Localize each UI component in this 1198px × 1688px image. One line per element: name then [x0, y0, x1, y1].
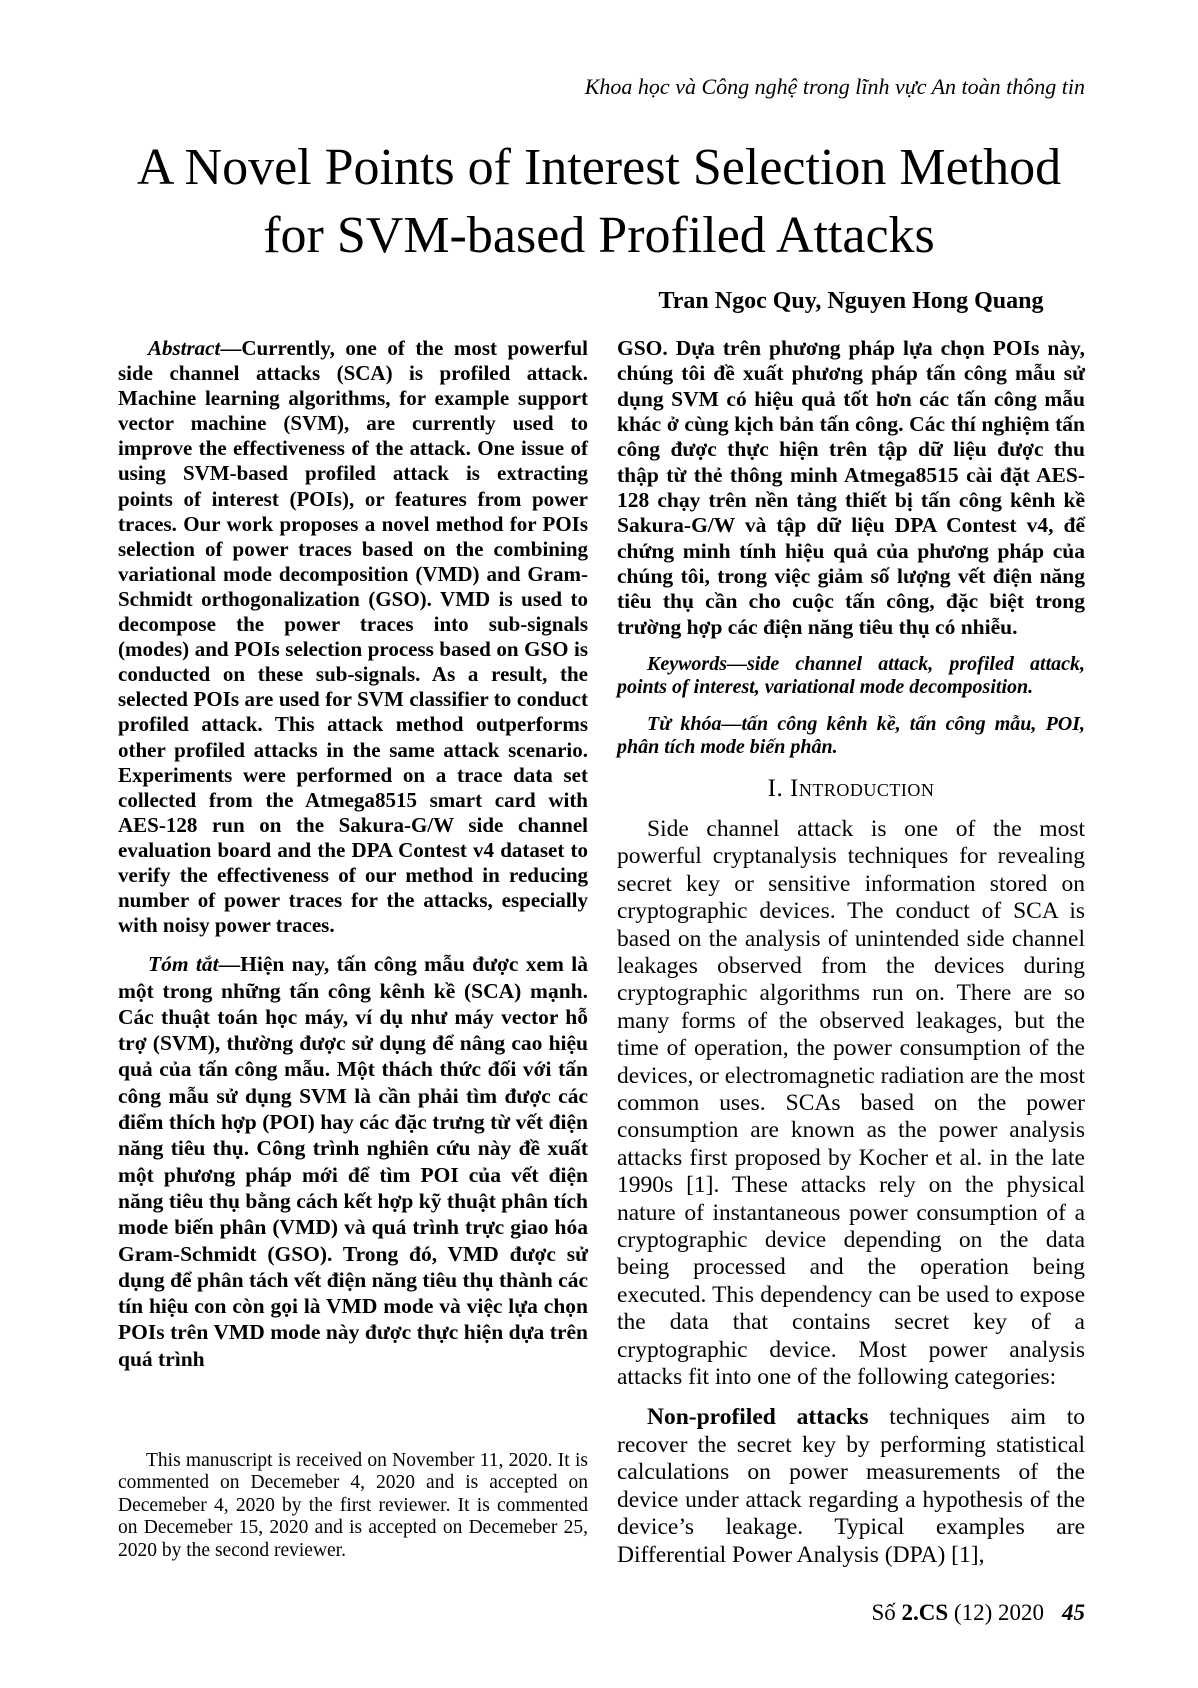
keywords-label: Keywords — [647, 653, 727, 675]
authors-line: Tran Ngoc Quy, Nguyen Hong Quang — [617, 288, 1085, 315]
paper-title-line-2: for SVM-based Profiled Attacks — [0, 202, 1198, 270]
abstract-text: Currently, one of the most powerful side… — [118, 336, 588, 937]
tukhoa-paragraph: Từ khóa—tấn công kênh kề, tấn công mẫu, … — [617, 713, 1085, 759]
abstract-paragraph: Abstract—Currently, one of the most powe… — [118, 336, 588, 938]
manuscript-history-footnote: This manuscript is received on November … — [118, 1450, 588, 1562]
tomtat-label: Tóm tắt — [148, 952, 219, 976]
tomtat-continued-paragraph: GSO. Dựa trên phương pháp lựa chọn POIs … — [617, 336, 1085, 640]
tomtat-paragraph: Tóm tắt—Hiện nay, tấn công mẫu được xem … — [118, 951, 588, 1372]
footer-middle: (12) 2020 — [948, 1600, 1044, 1625]
keywords-paragraph: Keywords—side channel attack, profiled a… — [617, 653, 1085, 699]
paper-title: A Novel Points of Interest Selection Met… — [0, 134, 1198, 270]
paper-title-line-1: A Novel Points of Interest Selection Met… — [0, 134, 1198, 202]
footer-issue: 2.CS — [902, 1600, 949, 1625]
abstract-label: Abstract — [148, 336, 220, 360]
keywords-dash: — — [727, 653, 747, 675]
page-footer: Số 2.CS (12) 202045 — [871, 1600, 1085, 1626]
running-header: Khoa học và Công nghệ trong lĩnh vực An … — [585, 74, 1085, 100]
footer-prefix: Số — [871, 1600, 901, 1625]
section-heading-introduction: I. Introduction — [617, 775, 1085, 803]
non-profiled-attacks-label: Non-profiled attacks — [647, 1404, 868, 1430]
introduction-paragraph-1: Side channel attack is one of the most p… — [617, 816, 1085, 1392]
page-number: 45 — [1062, 1600, 1085, 1625]
left-column: Abstract—Currently, one of the most powe… — [118, 336, 588, 1616]
tukhoa-label: Từ khóa — [647, 713, 721, 735]
right-column: GSO. Dựa trên phương pháp lựa chọn POIs … — [617, 336, 1085, 1616]
tukhoa-dash: — — [721, 713, 741, 735]
introduction-paragraph-2: Non-profiled attacks techniques aim to r… — [617, 1404, 1085, 1568]
tomtat-text: Hiện nay, tấn công mẫu được xem là một t… — [118, 952, 588, 1370]
abstract-dash: — — [220, 336, 241, 360]
tomtat-dash: — — [219, 952, 241, 976]
paper-page: Khoa học và Công nghệ trong lĩnh vực An … — [0, 0, 1198, 1688]
